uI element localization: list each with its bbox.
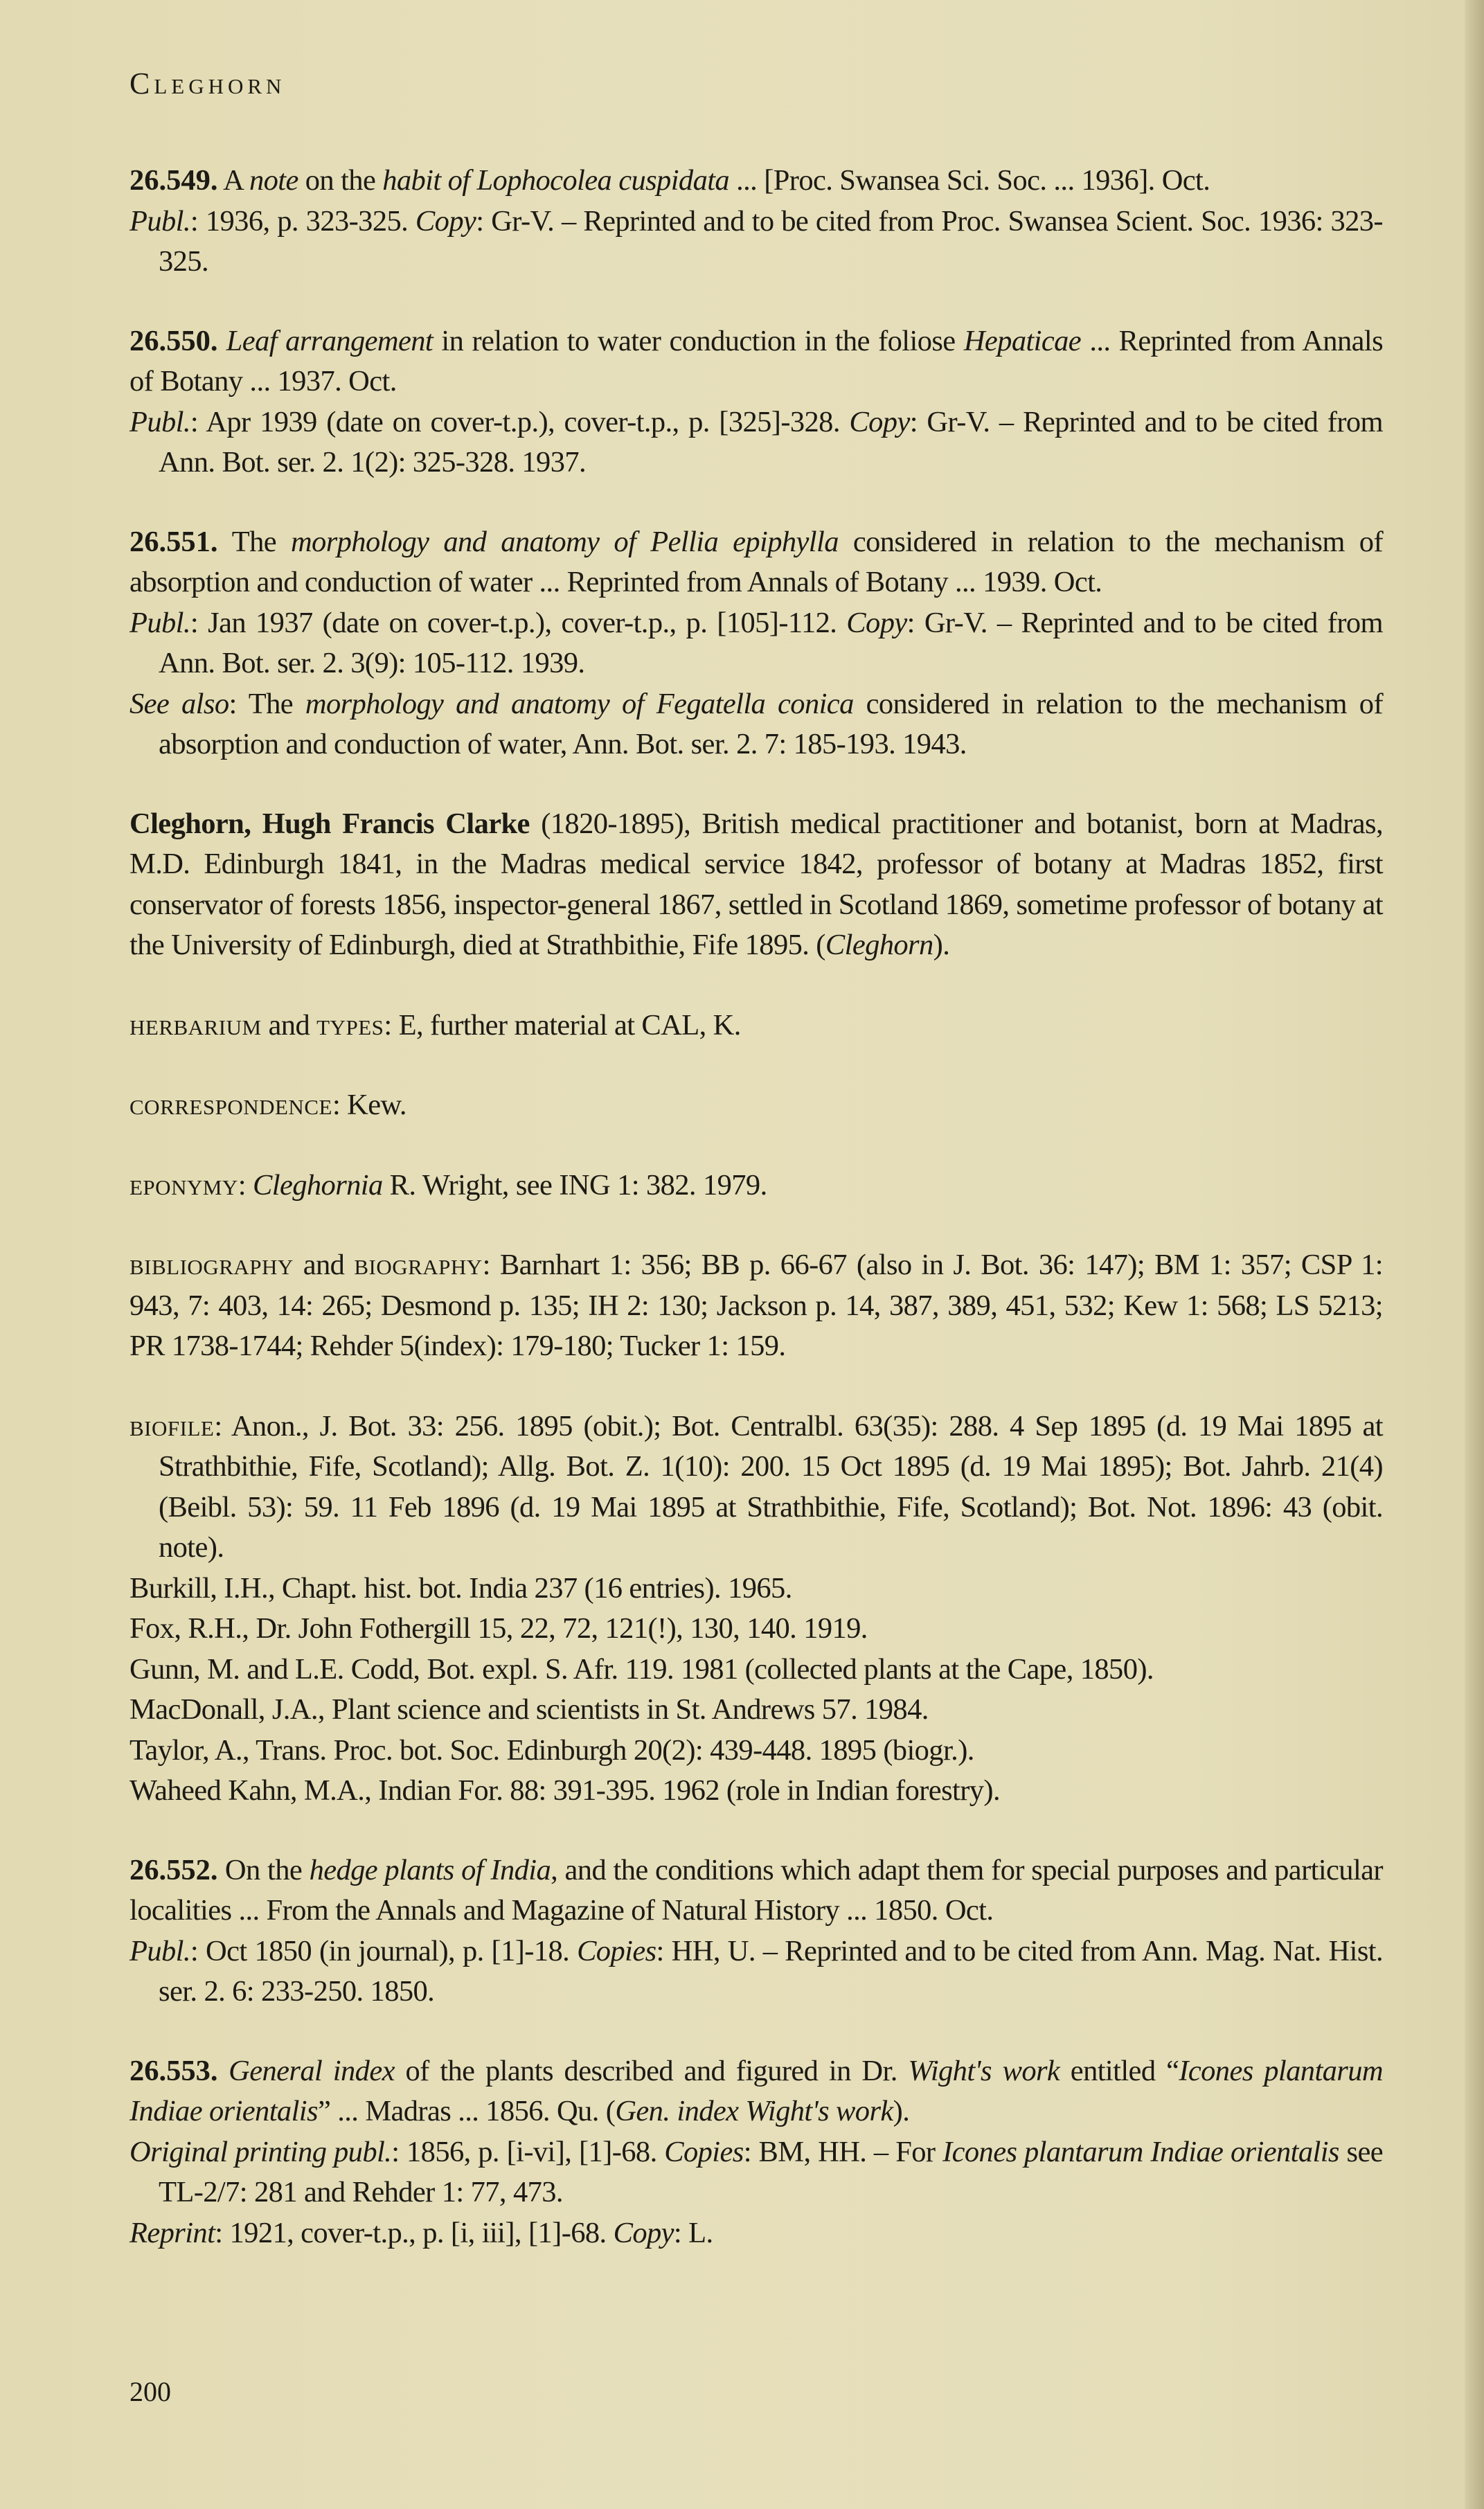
biography-label: biography <box>354 1247 482 1281</box>
page-content: Cleghorn 26.549. A note on the habit of … <box>129 64 1383 2292</box>
bibliographic-entry: 26.551. The morphology and anatomy of Pe… <box>129 522 1383 765</box>
herbarium-section: herbarium and types: E, further material… <box>129 1005 1383 1046</box>
page-edge-shadow <box>1465 0 1484 2509</box>
biofile-reference: Fox, R.H., Dr. John Fothergill 15, 22, 7… <box>129 1609 1383 1650</box>
biofile-reference: Burkill, I.H., Chapt. hist. bot. India 2… <box>129 1569 1383 1609</box>
biofile-reference: Taylor, A., Trans. Proc. bot. Soc. Edinb… <box>129 1731 1383 1771</box>
running-head: Cleghorn <box>129 64 1383 104</box>
entry-note: Reprint: 1921, cover-t.p., p. [i, iii], … <box>129 2213 1383 2254</box>
herbarium-label: herbarium <box>129 1008 262 1042</box>
biofile-text: : Anon., J. Bot. 33: 256. 1895 (obit.); … <box>159 1410 1383 1564</box>
bibliography-section: bibliography and biography: Barnhart 1: … <box>129 1244 1383 1367</box>
entry-number: 26.551. <box>129 526 218 558</box>
entries-group-1: 26.549. A note on the habit of Lophocole… <box>129 161 1383 765</box>
biofile-reference: Gunn, M. and L.E. Codd, Bot. expl. S. Af… <box>129 1650 1383 1690</box>
eponym-genus: Cleghornia <box>253 1169 383 1202</box>
entry-note: Original printing publ.: 1856, p. [i-vi]… <box>129 2132 1383 2213</box>
biofile-label: biofile <box>129 1409 214 1443</box>
bibliographic-entry: 26.553. General index of the plants desc… <box>129 2051 1383 2254</box>
bibliography-label: bibliography <box>129 1247 294 1281</box>
entry-number: 26.553. <box>129 2055 218 2087</box>
entries-group-2: 26.552. On the hedge plants of India, an… <box>129 1850 1383 2254</box>
biofile-section: biofile: Anon., J. Bot. 33: 256. 1895 (o… <box>129 1406 1383 1812</box>
entry-note: Publ.: Jan 1937 (date on cover-t.p.), co… <box>129 603 1383 684</box>
bibliographic-entry: 26.552. On the hedge plants of India, an… <box>129 1850 1383 2012</box>
entry-title: 26.549. A note on the habit of Lophocole… <box>129 161 1383 202</box>
entry-note: Publ.: 1936, p. 323-325. Copy: Gr-V. – R… <box>129 202 1383 283</box>
entry-title: 26.553. General index of the plants desc… <box>129 2051 1383 2132</box>
author-entry: Cleghorn, Hugh Francis Clarke (1820-1895… <box>129 804 1383 966</box>
page-number: 200 <box>129 2375 171 2408</box>
author-abbreviation: Cleghorn <box>825 929 933 961</box>
entry-title: 26.552. On the hedge plants of India, an… <box>129 1850 1383 1931</box>
entry-number: 26.552. <box>129 1854 218 1886</box>
biofile-reference: MacDonall, J.A., Plant science and scien… <box>129 1690 1383 1731</box>
entry-note: Publ.: Apr 1939 (date on cover-t.p.), co… <box>129 402 1383 483</box>
correspondence-section: correspondence: Kew. <box>129 1084 1383 1126</box>
bibliographic-entry: 26.549. A note on the habit of Lophocole… <box>129 161 1383 283</box>
herbarium-text: : E, further material at CAL, K. <box>384 1009 740 1042</box>
entry-title: 26.550. Leaf arrangement in relation to … <box>129 321 1383 402</box>
entry-note: Publ.: Oct 1850 (in journal), p. [1]-18.… <box>129 1931 1383 2012</box>
eponymy-text: R. Wright, see ING 1: 382. 1979. <box>383 1169 767 1202</box>
biofile-references: Burkill, I.H., Chapt. hist. bot. India 2… <box>129 1569 1383 1812</box>
correspondence-label: correspondence <box>129 1087 332 1121</box>
author-name: Cleghorn, Hugh Francis Clarke <box>129 807 530 840</box>
author-biography: Cleghorn, Hugh Francis Clarke (1820-1895… <box>129 804 1383 966</box>
eponymy-label: eponymy <box>129 1168 238 1202</box>
entry-title: 26.551. The morphology and anatomy of Pe… <box>129 522 1383 603</box>
bibliographic-entry: 26.550. Leaf arrangement in relation to … <box>129 321 1383 483</box>
biofile-reference: Waheed Kahn, M.A., Indian For. 88: 391-3… <box>129 1771 1383 1812</box>
entry-note: See also: The morphology and anatomy of … <box>129 684 1383 765</box>
book-page: Cleghorn 26.549. A note on the habit of … <box>0 0 1484 2509</box>
entry-number: 26.550. <box>129 325 218 357</box>
eponymy-section: eponymy: Cleghornia R. Wright, see ING 1… <box>129 1165 1383 1206</box>
correspondence-text: : Kew. <box>332 1089 406 1121</box>
types-label: types <box>316 1008 384 1042</box>
entry-number: 26.549. <box>129 164 218 197</box>
